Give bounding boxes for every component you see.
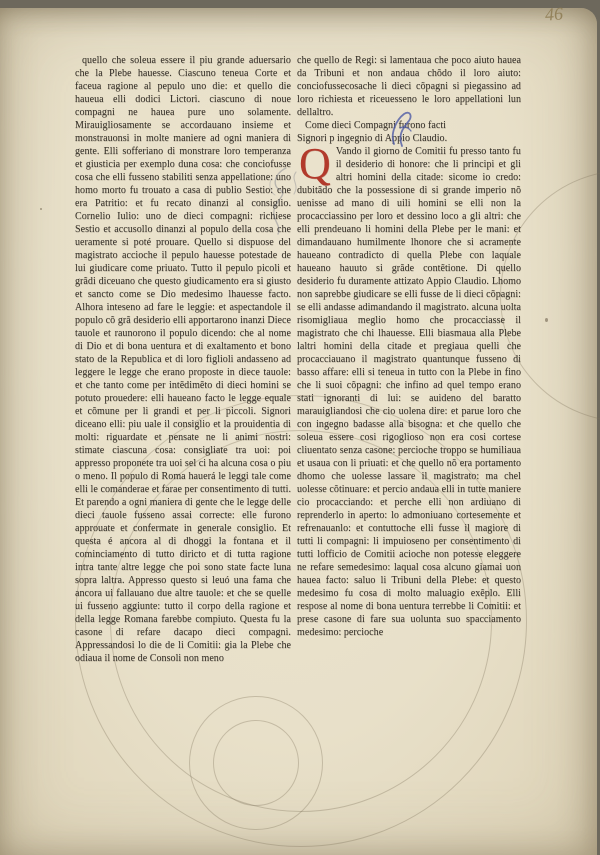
rubricated-initial: Q — [299, 147, 331, 180]
right-text-column: che quello de Regi: si lamentaua che poc… — [297, 54, 521, 639]
left-column-paragraph: quello che soleua essere il piu grande a… — [75, 54, 291, 665]
left-text-column: quello che soleua essere il piu grande a… — [75, 54, 291, 665]
ink-speck — [545, 318, 548, 322]
chapter-body: Vando il giorno de Comitii fu presso tan… — [297, 146, 521, 638]
folio-number: 46 — [544, 3, 563, 25]
chapter-heading: Come dieci Compagni furono facti Signori… — [297, 119, 459, 145]
ink-speck — [40, 208, 42, 210]
scanned-book-page: 46 quello che soleua essere il piu grand… — [0, 0, 600, 855]
right-intro-paragraph: che quello de Regi: si lamentaua che poc… — [297, 54, 521, 119]
chapter-paragraph: Q Vando il giorno de Comitii fu presso t… — [297, 145, 521, 639]
